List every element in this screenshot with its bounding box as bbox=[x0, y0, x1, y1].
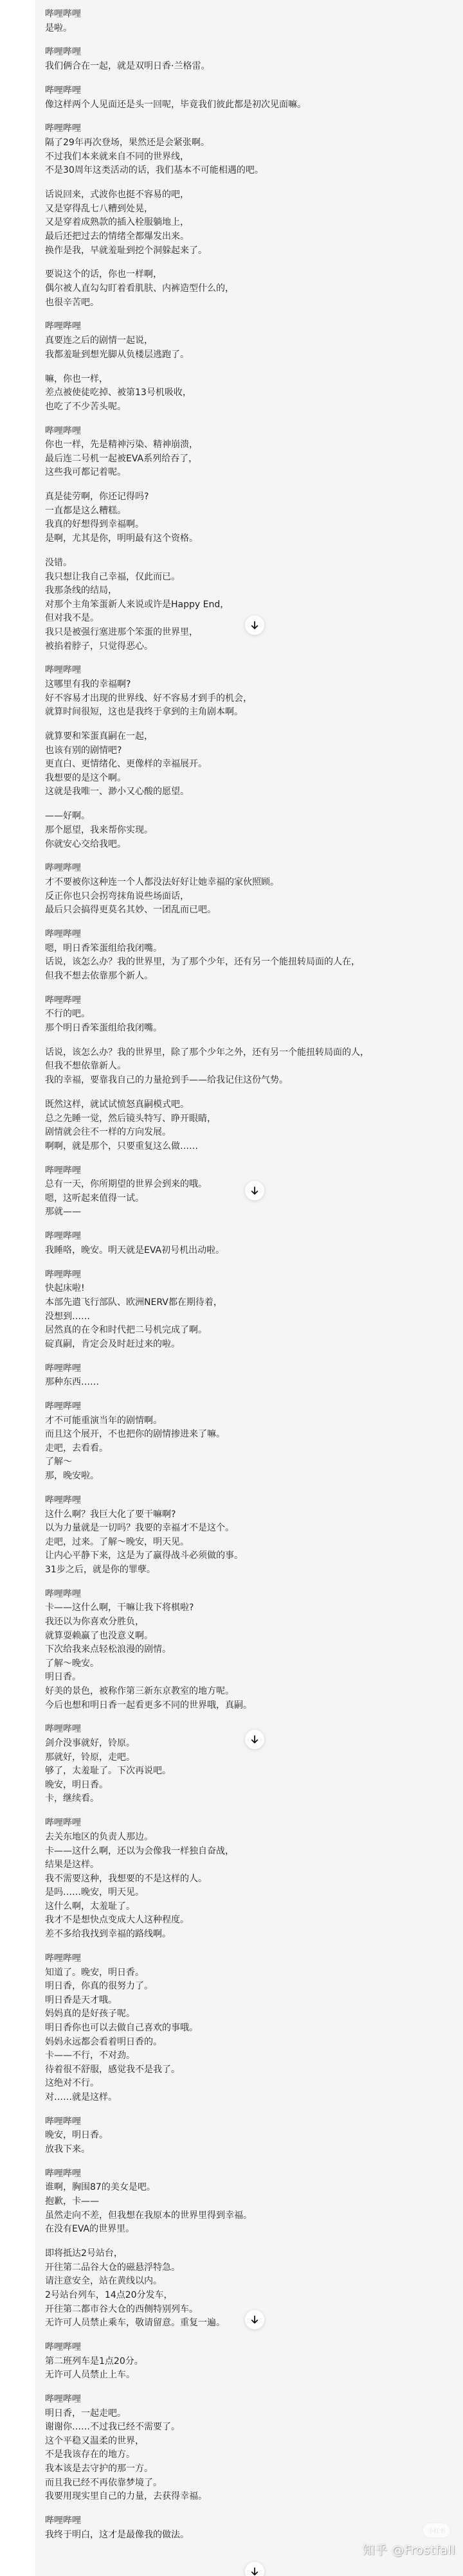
dialogue-line: 我睡咯，晚安。明天就是EVA初号机出动啦。 bbox=[45, 1244, 457, 1258]
dialogue-line: 总之先睡一觉，然后镜头特写、睁开眼睛， bbox=[45, 1112, 457, 1126]
dialogue-line: 最后还把过去的情绪全都爆发出来。 bbox=[45, 230, 457, 244]
dialogue-line: 是吗……晚安，明天见。 bbox=[45, 1886, 457, 1900]
watermark-badge: 小红书 bbox=[423, 2523, 450, 2537]
dialogue-line: 嘛，你也一样， bbox=[45, 373, 457, 387]
dialogue-line: 那，晚安啦。 bbox=[45, 1470, 457, 1484]
dialogue-line: 话说，该怎么办？我的世界里，除了那个少年之外，还有另一个能扭转局面的人， bbox=[45, 1046, 457, 1060]
speaker-label: 哔哩哔哩 bbox=[45, 1588, 457, 1602]
dialogue-block: 哔哩哔哩才不要被你这种连一个人都没法好好让她幸福的家伙照顾。反正你也只会拐弯抹角… bbox=[45, 862, 457, 917]
dialogue-line: 话说回来，式波你也挺不容易的吧， bbox=[45, 188, 457, 202]
dialogue-line: 结果是这样。 bbox=[45, 1858, 457, 1872]
speaker-label: 哔哩哔哩 bbox=[45, 1494, 457, 1508]
dialogue-block: 哔哩哔哩真要连之后的剧情一起说，我都羞耻到想光脚从负楼层逃跑了。 bbox=[45, 320, 457, 362]
dialogue-line: 妈妈真的是好孩子呢。 bbox=[45, 2007, 457, 2021]
dialogue-line: 才不可能重演当年的剧情啊。 bbox=[45, 1414, 457, 1428]
dialogue-block: 话说，该怎么办？我的世界里，除了那个少年之外，还有另一个能扭转局面的人，但我不想… bbox=[45, 1046, 457, 1088]
dialogue-block: 哔哩哔哩你也一样，先是精神污染、精神崩溃，最后连二号机一起被EVA系列给吞了，这… bbox=[45, 425, 457, 480]
dialogue-line: 我的幸福，要靠我自己的力量抢到手——给我记住这份气势。 bbox=[45, 1074, 457, 1088]
speaker-label: 哔哩哔哩 bbox=[45, 2514, 457, 2528]
dialogue-line: 以为力量就是一切吗？我要的幸福才不是这个。 bbox=[45, 1522, 457, 1536]
dialogue-line: 晚安，明日香。 bbox=[45, 2129, 457, 2143]
dialogue-line: 而且我已经不再依靠梦境了。 bbox=[45, 2476, 457, 2491]
dialogue-line: 不行的吧。 bbox=[45, 1008, 457, 1022]
dialogue-line: 更直白、更情绪化、更像样的幸福展开。 bbox=[45, 758, 457, 772]
dialogue-block: 哔哩哔哩这哪里有我的幸福啊?好不容易才出现的世界线、好不容易才到手的机会，就算时… bbox=[45, 664, 457, 719]
dialogue-block: 哔哩哔哩我终于明白，这才是最像我的做法。 bbox=[45, 2514, 457, 2542]
dialogue-block: 哔哩哔哩卡——这什么啊，干嘛让我下将棋啦?我还以为你喜欢分胜负，就算耍赖赢了也没… bbox=[45, 1588, 457, 1712]
speaker-label: 哔哩哔哩 bbox=[45, 1400, 457, 1414]
dialogue-block: 既然这样，就试试愤怒真嗣模式吧。总之先睡一觉，然后镜头特写、睁开眼睛，剧情就会往… bbox=[45, 1098, 457, 1153]
scroll-down-button[interactable] bbox=[245, 2310, 264, 2329]
speaker-label: 哔哩哔哩 bbox=[45, 664, 457, 678]
dialogue-line: 这哪里有我的幸福啊? bbox=[45, 678, 457, 692]
dialogue-line: 差不多给我找到幸福的路线啊。 bbox=[45, 1928, 457, 1942]
dialogue-line: 那个愿望，我来帮你实现。 bbox=[45, 824, 457, 838]
dialogue-line: 反正你也只会拐弯抹角说些场面话， bbox=[45, 890, 457, 904]
dialogue-line: 抱歉，卡—— bbox=[45, 2195, 457, 2209]
speaker-label: 哔哩哔哩 bbox=[45, 8, 457, 22]
speaker-label: 哔哩哔哩 bbox=[45, 994, 457, 1008]
dialogue-block: 哔哩哔哩明日香，一起走吧。谢谢你……不过我已经不需要了。这个平稳又温柔的世界，不… bbox=[45, 2393, 457, 2504]
dialogue-line: 明日香。 bbox=[45, 1671, 457, 1685]
speaker-label: 哔哩哔哩 bbox=[45, 1268, 457, 1283]
dialogue-line: 也很辛苦吧。 bbox=[45, 296, 457, 310]
arrow-down-icon bbox=[250, 1735, 259, 1744]
dialogue-line: 但我不想去依靠那个新人。 bbox=[45, 970, 457, 984]
dialogue-line: 开往第二品谷大仓的磁悬浮特急。 bbox=[45, 2261, 457, 2275]
dialogue-line: 也该有别的剧情吧? bbox=[45, 744, 457, 758]
scroll-down-button[interactable] bbox=[245, 1730, 264, 1749]
dialogue-line: 真要连之后的剧情一起说， bbox=[45, 334, 457, 348]
dialogue-line: 最后只会搞得更莫名其妙、一团乱而已吧。 bbox=[45, 903, 457, 918]
speaker-label: 哔哩哔哩 bbox=[45, 425, 457, 439]
dialogue-line: 在没有EVA的世界里。 bbox=[45, 2223, 457, 2237]
speaker-label: 哔哩哔哩 bbox=[45, 862, 457, 876]
speaker-label: 哔哩哔哩 bbox=[45, 1817, 457, 1831]
dialogue-line: 才不要被你这种连一个人都没法好好让她幸福的家伙照顾。 bbox=[45, 876, 457, 890]
dialogue-line: 就算要和笨蛋真嗣在一起， bbox=[45, 730, 457, 744]
arrow-down-icon bbox=[250, 621, 259, 630]
dialogue-line: 第二班列车是1点20分。 bbox=[45, 2355, 457, 2369]
dialogue-line: 你也一样，先是精神污染、精神崩溃， bbox=[45, 438, 457, 452]
dialogue-line: 了解～ bbox=[45, 1455, 457, 1470]
dialogue-line: 又是穿着成熟款的插入栓服躺地上， bbox=[45, 216, 457, 230]
dialogue-line: 剧情就会往不一样的方向发展。 bbox=[45, 1126, 457, 1140]
dialogue-line: 本部先遣飞行部队、欧洲NERV都在期待着， bbox=[45, 1296, 457, 1310]
dialogue-line: 这绝对不行。 bbox=[45, 2077, 457, 2091]
speaker-label: 哔哩哔哩 bbox=[45, 1230, 457, 1244]
speaker-label: 哔哩哔哩 bbox=[45, 928, 457, 942]
dialogue-line: 谢谢你……不过我已经不需要了。 bbox=[45, 2421, 457, 2435]
dialogue-line: 没想到…… bbox=[45, 1310, 457, 1324]
arrow-down-icon bbox=[250, 2567, 259, 2576]
dialogue-block: 哔哩哔哩这什么啊？我巨大化了要干嘛啊?以为力量就是一切吗？我要的幸福才不是这个。… bbox=[45, 1494, 457, 1577]
dialogue-line: 差点被使徒吃掉、被第13号机吸收， bbox=[45, 386, 457, 400]
dialogue-line: 像这样两个人见面还是头一回呢，毕竟我们彼此都是初次见面嘛。 bbox=[45, 98, 457, 112]
dialogue-line: 够了，太羞耻了。下次再说吧。 bbox=[45, 1764, 457, 1779]
dialogue-line: 我那条线的结局， bbox=[45, 584, 457, 598]
dialogue-block: 哔哩哔哩嗯，明日香笨蛋组给我闭嘴。话说，该怎么办？我的世界里，为了那个少年，还有… bbox=[45, 928, 457, 983]
dialogue-line: 谁啊，胸围87的美女是吧。 bbox=[45, 2181, 457, 2195]
dialogue-line: 我都羞耻到想光脚从负楼层逃跑了。 bbox=[45, 348, 457, 362]
dialogue-line: 被掐着脖子，只觉得恶心。 bbox=[45, 640, 457, 654]
dialogue-block: 哔哩哔哩才不可能重演当年的剧情啊。而且这个展开，不也把你的剧情掺进来了嘛。走吧，… bbox=[45, 1400, 457, 1484]
dialogue-block: 没错。我只想让我自己幸福，仅此而已。我那条线的结局，对那个主角笨蛋新人来说或许是… bbox=[45, 556, 457, 653]
dialogue-block: 真是徒劳啊，你还记得吗?一直都是这么糟糕。我真的好想得到幸福啊。是啊，尤其是你，… bbox=[45, 490, 457, 546]
dialogue-line: 那种东西…… bbox=[45, 1376, 457, 1390]
dialogue-line: 既然这样，就试试愤怒真嗣模式吧。 bbox=[45, 1098, 457, 1112]
scroll-down-button[interactable] bbox=[245, 2562, 264, 2576]
dialogue-line: 我们俩合在一起，就是双明日香·兰格雷。 bbox=[45, 60, 457, 74]
scroll-down-button[interactable] bbox=[245, 616, 264, 635]
dialogue-line: 啊啊，就是那个，只要重复这么做…… bbox=[45, 1140, 457, 1154]
dialogue-line: 但我不想依靠新人。 bbox=[45, 1060, 457, 1074]
dialogue-line: 一直都是这么糟糕。 bbox=[45, 504, 457, 519]
dialogue-line: 2号站台列车，14点20分发车， bbox=[45, 2289, 457, 2303]
dialogue-block: 话说回来，式波你也挺不容易的吧，又是穿得乱七八糟到处晃，又是穿着成熟款的插入栓服… bbox=[45, 188, 457, 258]
speaker-label: 哔哩哔哩 bbox=[45, 84, 457, 98]
dialogue-block: 哔哩哔哩是啦。 bbox=[45, 8, 457, 35]
dialogue-block: 哔哩哔哩那种东西…… bbox=[45, 1362, 457, 1390]
dialogue-line: 没错。 bbox=[45, 556, 457, 571]
speaker-label: 哔哩哔哩 bbox=[45, 2115, 457, 2129]
speaker-label: 哔哩哔哩 bbox=[45, 320, 457, 334]
dialogue-line: 今后也想和明日香一起看更多不同的世界哦，真嗣。 bbox=[45, 1699, 457, 1713]
dialogue-line: 卡——这什么啊，还以为会像我一样独自奋战， bbox=[45, 1845, 457, 1859]
dialogue-line: 虽然走向不差，但我想在我原本的世界里得到幸福。 bbox=[45, 2209, 457, 2223]
dialogue-block: 嘛，你也一样，差点被使徒吃掉、被第13号机吸收，也吃了不少苦头呢。 bbox=[45, 373, 457, 414]
speaker-label: 哔哩哔哩 bbox=[45, 2393, 457, 2407]
dialogue-line: 我不需要这种，我想要的不是这样的人。 bbox=[45, 1872, 457, 1887]
dialogue-block: 哔哩哔哩隔了29年再次登场，果然还是会紧张啊。不过我们本来就来自不同的世界线，不… bbox=[45, 122, 457, 177]
dialogue-line: 碇真嗣，肯定会及时赶过来的啦。 bbox=[45, 1338, 457, 1352]
dialogue-line: 明日香，一起走吧。 bbox=[45, 2407, 457, 2421]
dialogue-line: 不过我们本来就来自不同的世界线， bbox=[45, 150, 457, 164]
dialogue-line: 31步之后，就是你的罪孽。 bbox=[45, 1563, 457, 1577]
dialogue-line: 让内心平静下来，这是为了赢得战斗必须做的事。 bbox=[45, 1549, 457, 1563]
dialogue-block: 哔哩哔哩谁啊，胸围87的美女是吧。抱歉，卡——虽然走向不差，但我想在我原本的世界… bbox=[45, 2167, 457, 2237]
dialogue-block: 哔哩哔哩我睡咯，晚安。明天就是EVA初号机出动啦。 bbox=[45, 1230, 457, 1257]
dialogue-line: 就算时间很短，这也是我终于拿到的主角剧本啊。 bbox=[45, 706, 457, 720]
dialogue-line: 是啦。 bbox=[45, 22, 457, 36]
dialogue-line: 这就是我唯一、渺小又心酸的愿望。 bbox=[45, 785, 457, 799]
dialogue-line: 下次给我来点轻松浪漫的剧情。 bbox=[45, 1643, 457, 1657]
watermark: 知乎 @Frostfall bbox=[363, 2541, 455, 2558]
dialogue-line: 我才不是想快点变成大人这种程度。 bbox=[45, 1914, 457, 1928]
dialogue-line: 我真的好想得到幸福啊。 bbox=[45, 518, 457, 532]
dialogue-block: 哔哩哔哩快起床啦!本部先遣飞行部队、欧洲NERV都在期待着，没想到……居然真的在… bbox=[45, 1268, 457, 1352]
dialogue-line: 快起床啦! bbox=[45, 1282, 457, 1296]
dialogue-block: 哔哩哔哩第二班列车是1点20分。无许可人员禁止上车。 bbox=[45, 2341, 457, 2383]
dialogue-line: 我还以为你喜欢分胜负， bbox=[45, 1615, 457, 1630]
dialogue-line: 无许可人员禁止上车。 bbox=[45, 2368, 457, 2383]
dialogue-line: 是啊，尤其是你，明明最有这个资格。 bbox=[45, 532, 457, 546]
dialogue-line: 那个明日香笨蛋组给我闭嘴。 bbox=[45, 1022, 457, 1036]
speaker-label: 哔哩哔哩 bbox=[45, 46, 457, 60]
dialogue-line: 去关东地区的负责人那边。 bbox=[45, 1831, 457, 1845]
speaker-label: 哔哩哔哩 bbox=[45, 1164, 457, 1178]
dialogue-line: 卡——不行，不对劲。 bbox=[45, 2049, 457, 2063]
dialogue-line: 你就安心交给我吧。 bbox=[45, 838, 457, 852]
dialogue-line: 这什么啊？我巨大化了要干嘛啊? bbox=[45, 1508, 457, 1522]
dialogue-line: 这个平稳又温柔的世界， bbox=[45, 2435, 457, 2449]
speaker-label: 哔哩哔哩 bbox=[45, 1952, 457, 1966]
dialogue-line: 就算耍赖赢了也没意义啊。 bbox=[45, 1630, 457, 1644]
dialogue-line: 这些我可都记着呢。 bbox=[45, 466, 457, 480]
dialogue-line: 明日香是天才哦。 bbox=[45, 1994, 457, 2008]
dialogue-line: 走吧，过来。了解～晚安，明天见。 bbox=[45, 1536, 457, 1550]
dialogue-line: 走吧，去看看。 bbox=[45, 1442, 457, 1456]
dialogue-line: 请注意安全，站在黄线以内。 bbox=[45, 2275, 457, 2289]
dialogue-line: 我只想让我自己幸福，仅此而已。 bbox=[45, 571, 457, 585]
dialogue-block: 哔哩哔哩像这样两个人见面还是头一回呢，毕竟我们彼此都是初次见面嘛。 bbox=[45, 84, 457, 112]
speaker-label: 哔哩哔哩 bbox=[45, 1362, 457, 1376]
dialogue-line: 最后连二号机一起被EVA系列给吞了， bbox=[45, 452, 457, 466]
dialogue-line: 隔了29年再次登场，果然还是会紧张啊。 bbox=[45, 136, 457, 150]
dialogue-line: 卡，继续看。 bbox=[45, 1792, 457, 1806]
dialogue-line: 也吃了不少苦头呢。 bbox=[45, 400, 457, 414]
dialogue-line: 又是穿得乱七八糟到处晃， bbox=[45, 202, 457, 217]
scroll-down-button[interactable] bbox=[245, 1181, 264, 1200]
dialogue-block: 哔哩哔哩不行的吧。那个明日香笨蛋组给我闭嘴。 bbox=[45, 994, 457, 1036]
dialogue-line: 即将抵达2号站台， bbox=[45, 2247, 457, 2261]
dialogue-block: ——好啊。那个愿望，我来帮你实现。你就安心交给我吧。 bbox=[45, 810, 457, 851]
arrow-down-icon bbox=[250, 2315, 259, 2324]
dialogue-block: 哔哩哔哩晚安，明日香。放我下来。 bbox=[45, 2115, 457, 2157]
arrow-down-icon bbox=[250, 1186, 259, 1195]
dialogue-line: 对那个主角笨蛋新人来说或许是Happy End， bbox=[45, 598, 457, 612]
dialogue-line: 好美的景色，被称作第三新东京教室的地方呢。 bbox=[45, 1685, 457, 1699]
dialogue-line: 而且这个展开，不也把你的剧情掺进来了嘛。 bbox=[45, 1428, 457, 1442]
dialogue-line: 明日香你也可以去做自己喜欢的事哦。 bbox=[45, 2021, 457, 2036]
dialogue-line: 真是徒劳啊，你还记得吗? bbox=[45, 490, 457, 504]
dialogue-line: 这什么啊，太羞耻了。 bbox=[45, 1900, 457, 1914]
speaker-label: 哔哩哔哩 bbox=[45, 122, 457, 136]
dialogue-line: 嗯，明日香笨蛋组给我闭嘴。 bbox=[45, 942, 457, 956]
dialogue-line: 话说，该怎么办？我的世界里，为了那个少年，还有另一个能扭转局面的人在， bbox=[45, 955, 457, 970]
dialogue-block: 哔哩哔哩知道了。晚安，明日香。明日香，你真的很努力了。明日香是天才哦。妈妈真的是… bbox=[45, 1952, 457, 2105]
dialogue-line: 明日香，你真的很努力了。 bbox=[45, 1980, 457, 1994]
dialogue-line: 卡——这什么啊，干嘛让我下将棋啦? bbox=[45, 1601, 457, 1615]
dialogue-line: 晚安，明日香。 bbox=[45, 1779, 457, 1793]
dialogue-line: 不是30周年这类活动的话，我们基本不可能相遇的吧。 bbox=[45, 164, 457, 178]
dialogue-line: 那就好，铃原，走吧。 bbox=[45, 1751, 457, 1765]
dialogue-line: 好不容易才出现的世界线、好不容易才到手的机会， bbox=[45, 692, 457, 706]
dialogue-line: 要说这个的话，你也一样啊， bbox=[45, 268, 457, 282]
dialogue-block: 要说这个的话，你也一样啊，偶尔被人直勾勾盯着看肌肤、内裤造型什么的，也很辛苦吧。 bbox=[45, 268, 457, 310]
dialogue-block: 哔哩哔哩我们俩合在一起，就是双明日香·兰格雷。 bbox=[45, 46, 457, 73]
dialogue-line: 妈妈永远都会看着明日香的。 bbox=[45, 2036, 457, 2050]
dialogue-line: 对……就是这样。 bbox=[45, 2091, 457, 2105]
dialogue-line: 我要用现实里自己的力量，去获得幸福。 bbox=[45, 2490, 457, 2504]
lyrics-transcript: 哔哩哔哩是啦。哔哩哔哩我们俩合在一起，就是双明日香·兰格雷。哔哩哔哩像这样两个人… bbox=[45, 8, 457, 2553]
dialogue-block: 就算要和笨蛋真嗣在一起，也该有别的剧情吧?更直白、更情绪化、更像样的幸福展开。我… bbox=[45, 730, 457, 799]
speaker-label: 哔哩哔哩 bbox=[45, 2167, 457, 2181]
dialogue-line: 知道了。晚安，明日香。 bbox=[45, 1966, 457, 1980]
dialogue-line: 偶尔被人直勾勾盯着看肌肤、内裤造型什么的， bbox=[45, 282, 457, 296]
dialogue-line: 那就—— bbox=[45, 1205, 457, 1220]
dialogue-line: 换作是我，早就羞耻到挖个洞躲起来了。 bbox=[45, 244, 457, 258]
dialogue-line: 居然真的在令和时代把二号机完成了啊。 bbox=[45, 1324, 457, 1338]
dialogue-line: 放我下来。 bbox=[45, 2143, 457, 2157]
speaker-label: 哔哩哔哩 bbox=[45, 2341, 457, 2355]
dialogue-line: 了解～晚安。 bbox=[45, 1657, 457, 1671]
dialogue-line: 不是我该存在的地方。 bbox=[45, 2448, 457, 2462]
dialogue-line: 待着很不舒服，感觉我不是我了。 bbox=[45, 2063, 457, 2077]
dialogue-line: ——好啊。 bbox=[45, 810, 457, 824]
dialogue-line: 我想要的是这个啊。 bbox=[45, 772, 457, 786]
dialogue-line: 我本该是去守护的那一方。 bbox=[45, 2462, 457, 2476]
dialogue-block: 哔哩哔哩去关东地区的负责人那边。卡——这什么啊，还以为会像我一样独自奋战，结果是… bbox=[45, 1817, 457, 1941]
